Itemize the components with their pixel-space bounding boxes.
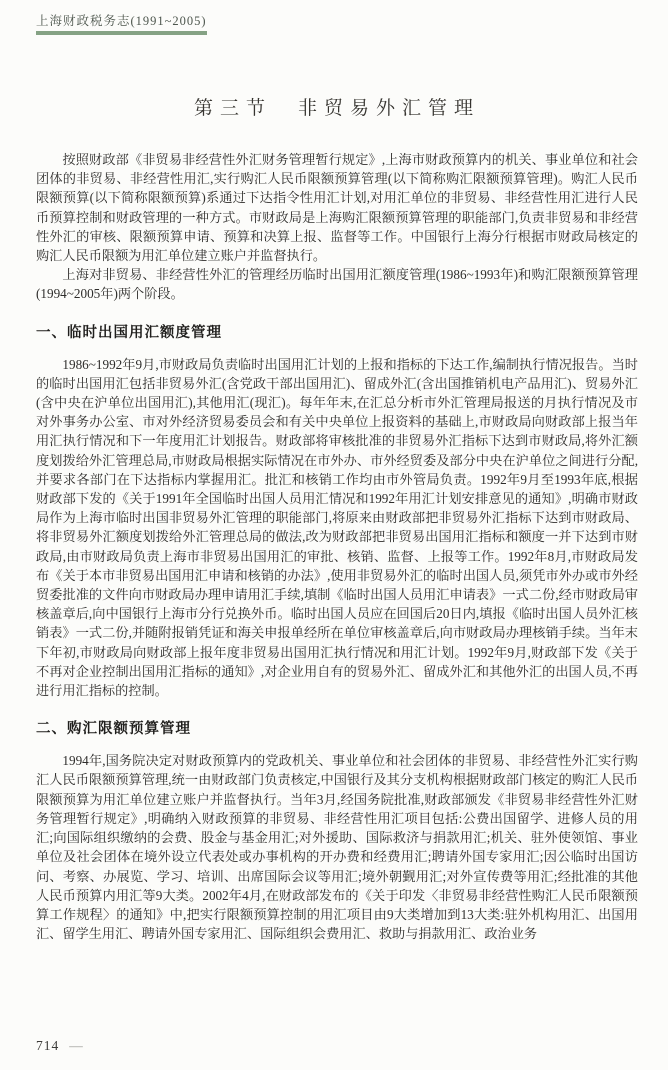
section-heading-2: 二、购汇限额预算管理 [36,717,638,738]
page-title: 第三节 非贸易外汇管理 [36,93,638,120]
running-header: 上海财政税务志(1991~2005) [36,13,207,35]
intro-paragraph-1: 按照财政部《非贸易非经营性外汇财务管理暂行规定》,上海市财政预算内的机关、事业单… [36,150,638,265]
intro-paragraph-2: 上海对非贸易、非经营性外汇的管理经历临时出国用汇额度管理(1986~1993年)… [36,265,638,303]
section-heading-1: 一、临时出国用汇额度管理 [36,321,638,342]
section-2-paragraph: 1994年,国务院决定对财政预算内的党政机关、事业单位和社会团体的非贸易、非经营… [36,751,638,943]
section-1-paragraph: 1986~1992年9月,市财政局负责临时出国用汇计划的上报和指标的下达工作,编… [36,355,638,701]
page-number: 714 [36,1038,59,1053]
book-page: 上海财政税务志(1991~2005) 第三节 非贸易外汇管理 按照财政部《非贸易… [0,0,668,1070]
footer-dash: — [69,1038,84,1053]
running-header-title: 上海财政税务志(1991~2005) [36,14,207,28]
page-footer: 714— [36,1038,84,1054]
